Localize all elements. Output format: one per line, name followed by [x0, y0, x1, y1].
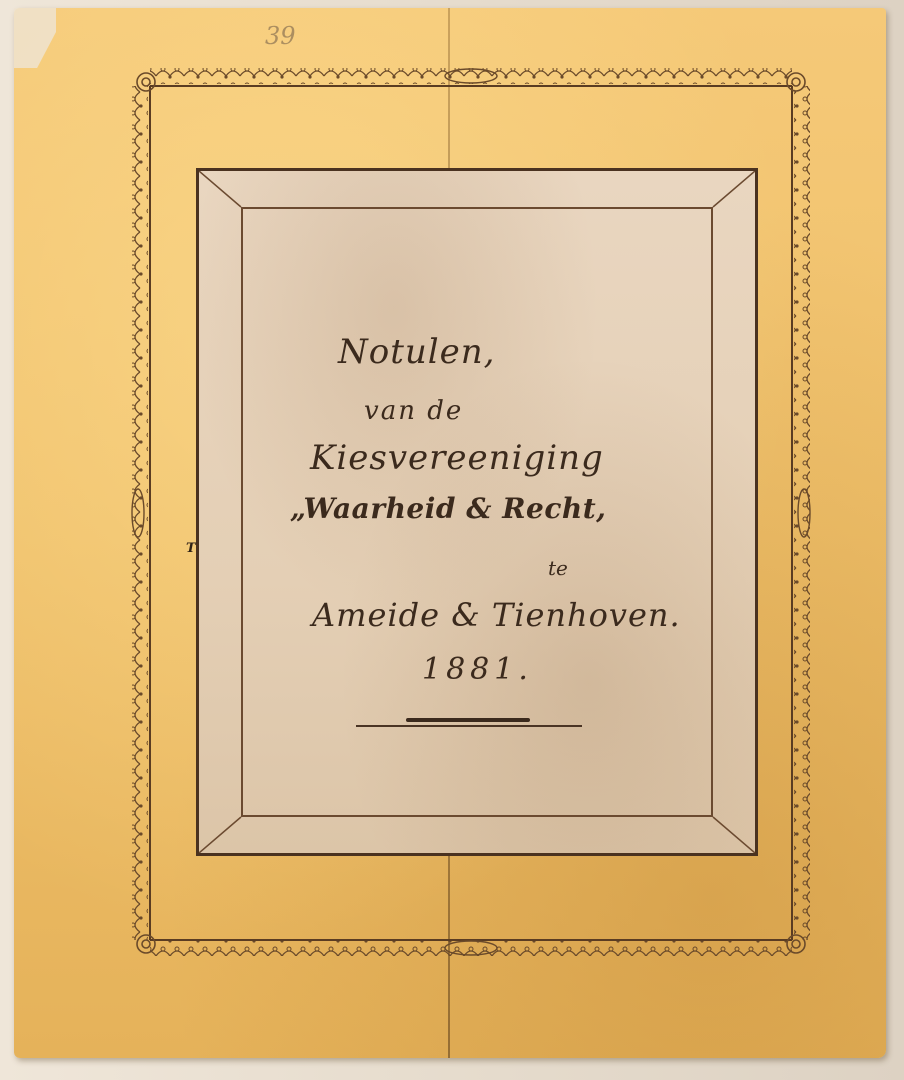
- year-line: 1881.: [422, 652, 533, 687]
- place-line: Ameide & Tienhoven.: [312, 596, 681, 634]
- printed-letter: T: [186, 541, 196, 556]
- connector-line: van de: [364, 396, 463, 426]
- handwritten-title: Notulen, van de Kiesvereeniging „Waarhei…: [196, 168, 758, 856]
- underline-rule: [356, 725, 582, 727]
- organisation-name-line: „Waarheid & Recht,: [290, 492, 606, 525]
- preposition-line: te: [548, 556, 568, 580]
- title-line: Notulen,: [338, 332, 495, 372]
- underline-flourish: [406, 718, 530, 722]
- organisation-type-line: Kiesvereeniging: [310, 438, 604, 478]
- page-number: 39: [265, 22, 296, 50]
